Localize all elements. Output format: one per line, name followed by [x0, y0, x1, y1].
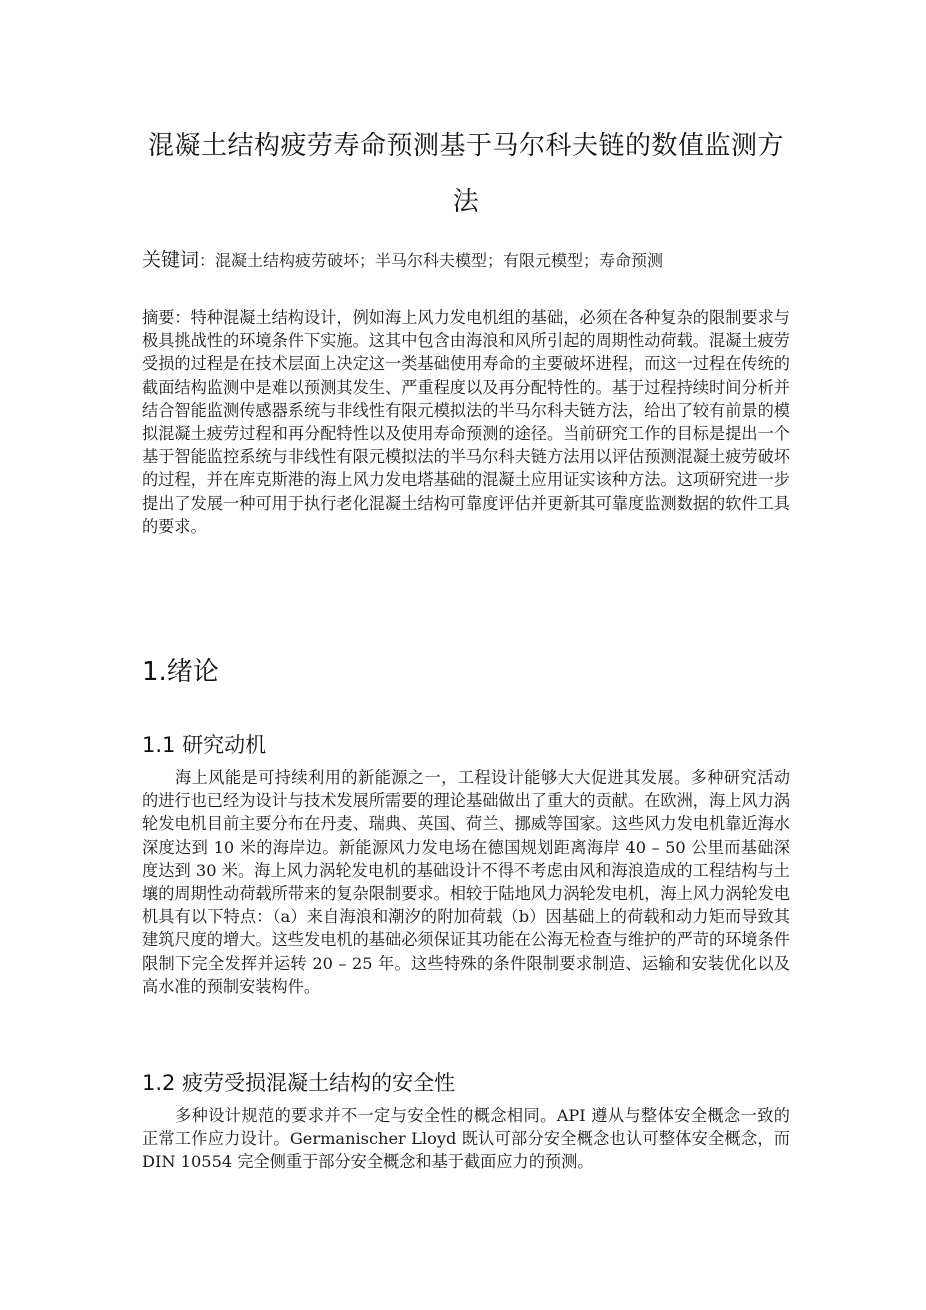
document-title: 混凝土结构疲劳寿命预测基于马尔科夫链的数值监测方法: [142, 118, 790, 230]
motivation-paragraph: 海上风能是可持续利用的新能源之一，工程设计能够大大促进其发展。多种研究活动的进行…: [142, 766, 790, 998]
section-heading-introduction: 1.绪论: [142, 652, 219, 692]
keywords-line: 关键词：混凝土结构疲劳破坏；半马尔科夫模型；有限元模型；寿命预测: [142, 246, 790, 275]
subsection-heading-safety: 1.2 疲劳受损混凝土结构的安全性: [142, 1067, 455, 1099]
safety-paragraph: 多种设计规范的要求并不一定与安全性的概念相同。API 遵从与整体安全概念一致的正…: [142, 1104, 790, 1174]
keywords-separator: ：: [199, 251, 215, 270]
keywords-value: 混凝土结构疲劳破坏；半马尔科夫模型；有限元模型；寿命预测: [215, 251, 663, 270]
subsection-heading-motivation: 1.1 研究动机: [142, 729, 266, 761]
keywords-label: 关键词: [142, 249, 199, 271]
abstract-paragraph: 摘要：特种混凝土结构设计，例如海上风力发电机组的基础，必须在各种复杂的限制要求与…: [142, 306, 790, 538]
